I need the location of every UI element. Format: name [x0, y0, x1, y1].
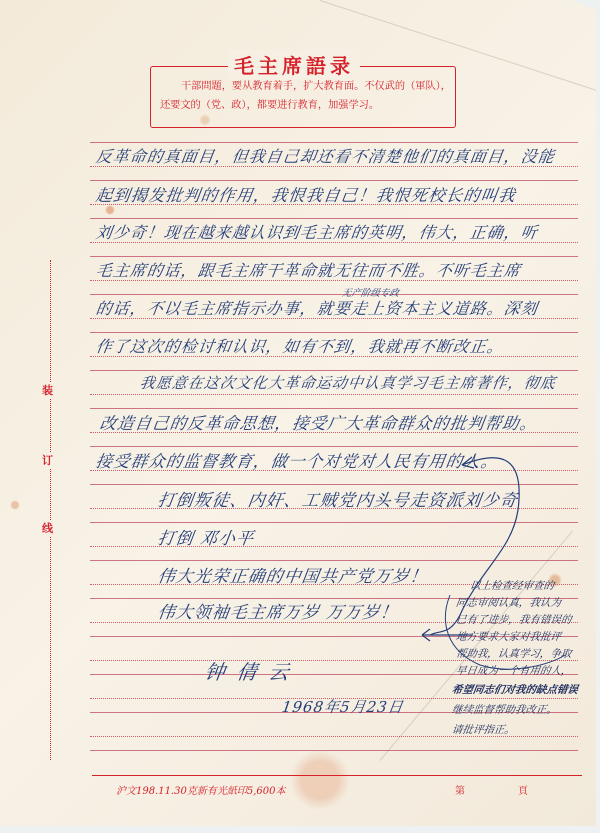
print-info: 沪文198.11.30克新有光紙印5,600本 [116, 782, 286, 797]
letter-line-7: 我愿意在这次文化大革命运动中认真学习毛主席著作，彻底 [139, 372, 558, 393]
quotation-line-2: 还要文的（党、政），都要进行教育，加强学习。 [160, 96, 452, 115]
page-label-prefix: 第 [455, 782, 465, 797]
signature: 钟倩云 [203, 656, 303, 685]
margin-note-line: 请批评指正。 [451, 722, 516, 737]
letter-line-11: 打倒 邓小平 [156, 524, 256, 549]
letter-line-13: 伟大领袖毛主席万岁 万万岁！ [156, 598, 400, 623]
binding-char-zhuang: 装 [42, 382, 53, 398]
letter-line-3: 刘少奇！现在越来越认识到毛主席的英明，伟大，正确，听 [94, 220, 539, 243]
binding-char-xian: 线 [42, 520, 53, 536]
letter-line-8: 改造自己的反革命思想，接受广大革命群众的批判帮助。 [98, 410, 539, 434]
binding-char-ding: 订 [42, 452, 53, 468]
margin-note-line: 继续监督帮助我改正。 [451, 702, 558, 717]
letter-line-5: 的话，不以毛主席指示办事，就要走上资本主义道路。深刻 [94, 296, 539, 319]
quotation-title: 毛主席語录 [228, 50, 360, 79]
signature-date: 1968年5月23日 [281, 696, 406, 717]
letter-line-6: 作了这次的检讨和认识，如有不到，我就再不断改正。 [94, 334, 505, 357]
page-label-suffix: 頁 [518, 782, 528, 797]
letter-paper: 毛主席語录 干部問題，要从教育着手，扩大教育面。不仅武的（軍队）， 还要文的（党… [0, 0, 596, 826]
letter-line-2: 起到揭发批判的作用，我恨我自己！我恨死校长的叫我 [94, 182, 517, 206]
quotation-line-1: 干部問題，要从教育着手，扩大教育面。不仅武的（軍队）， [160, 77, 452, 96]
footer-rule [92, 775, 582, 776]
hand-drawn-arrow-icon [400, 440, 600, 700]
letter-line-12: 伟大光荣正确的中国共产党万岁！ [156, 562, 430, 587]
letter-line-4: 毛主席的话，跟毛主席干革命就无往而不胜。不听毛主席 [94, 258, 522, 281]
binding-dotted-line [50, 260, 51, 760]
quotation-text: 干部問題，要从教育着手，扩大教育面。不仅武的（軍队）， 还要文的（党、政），都要… [160, 77, 452, 115]
letter-line-1: 反革命的真面目，但我自己却还看不清楚他们的真面目，没能 [94, 144, 556, 167]
